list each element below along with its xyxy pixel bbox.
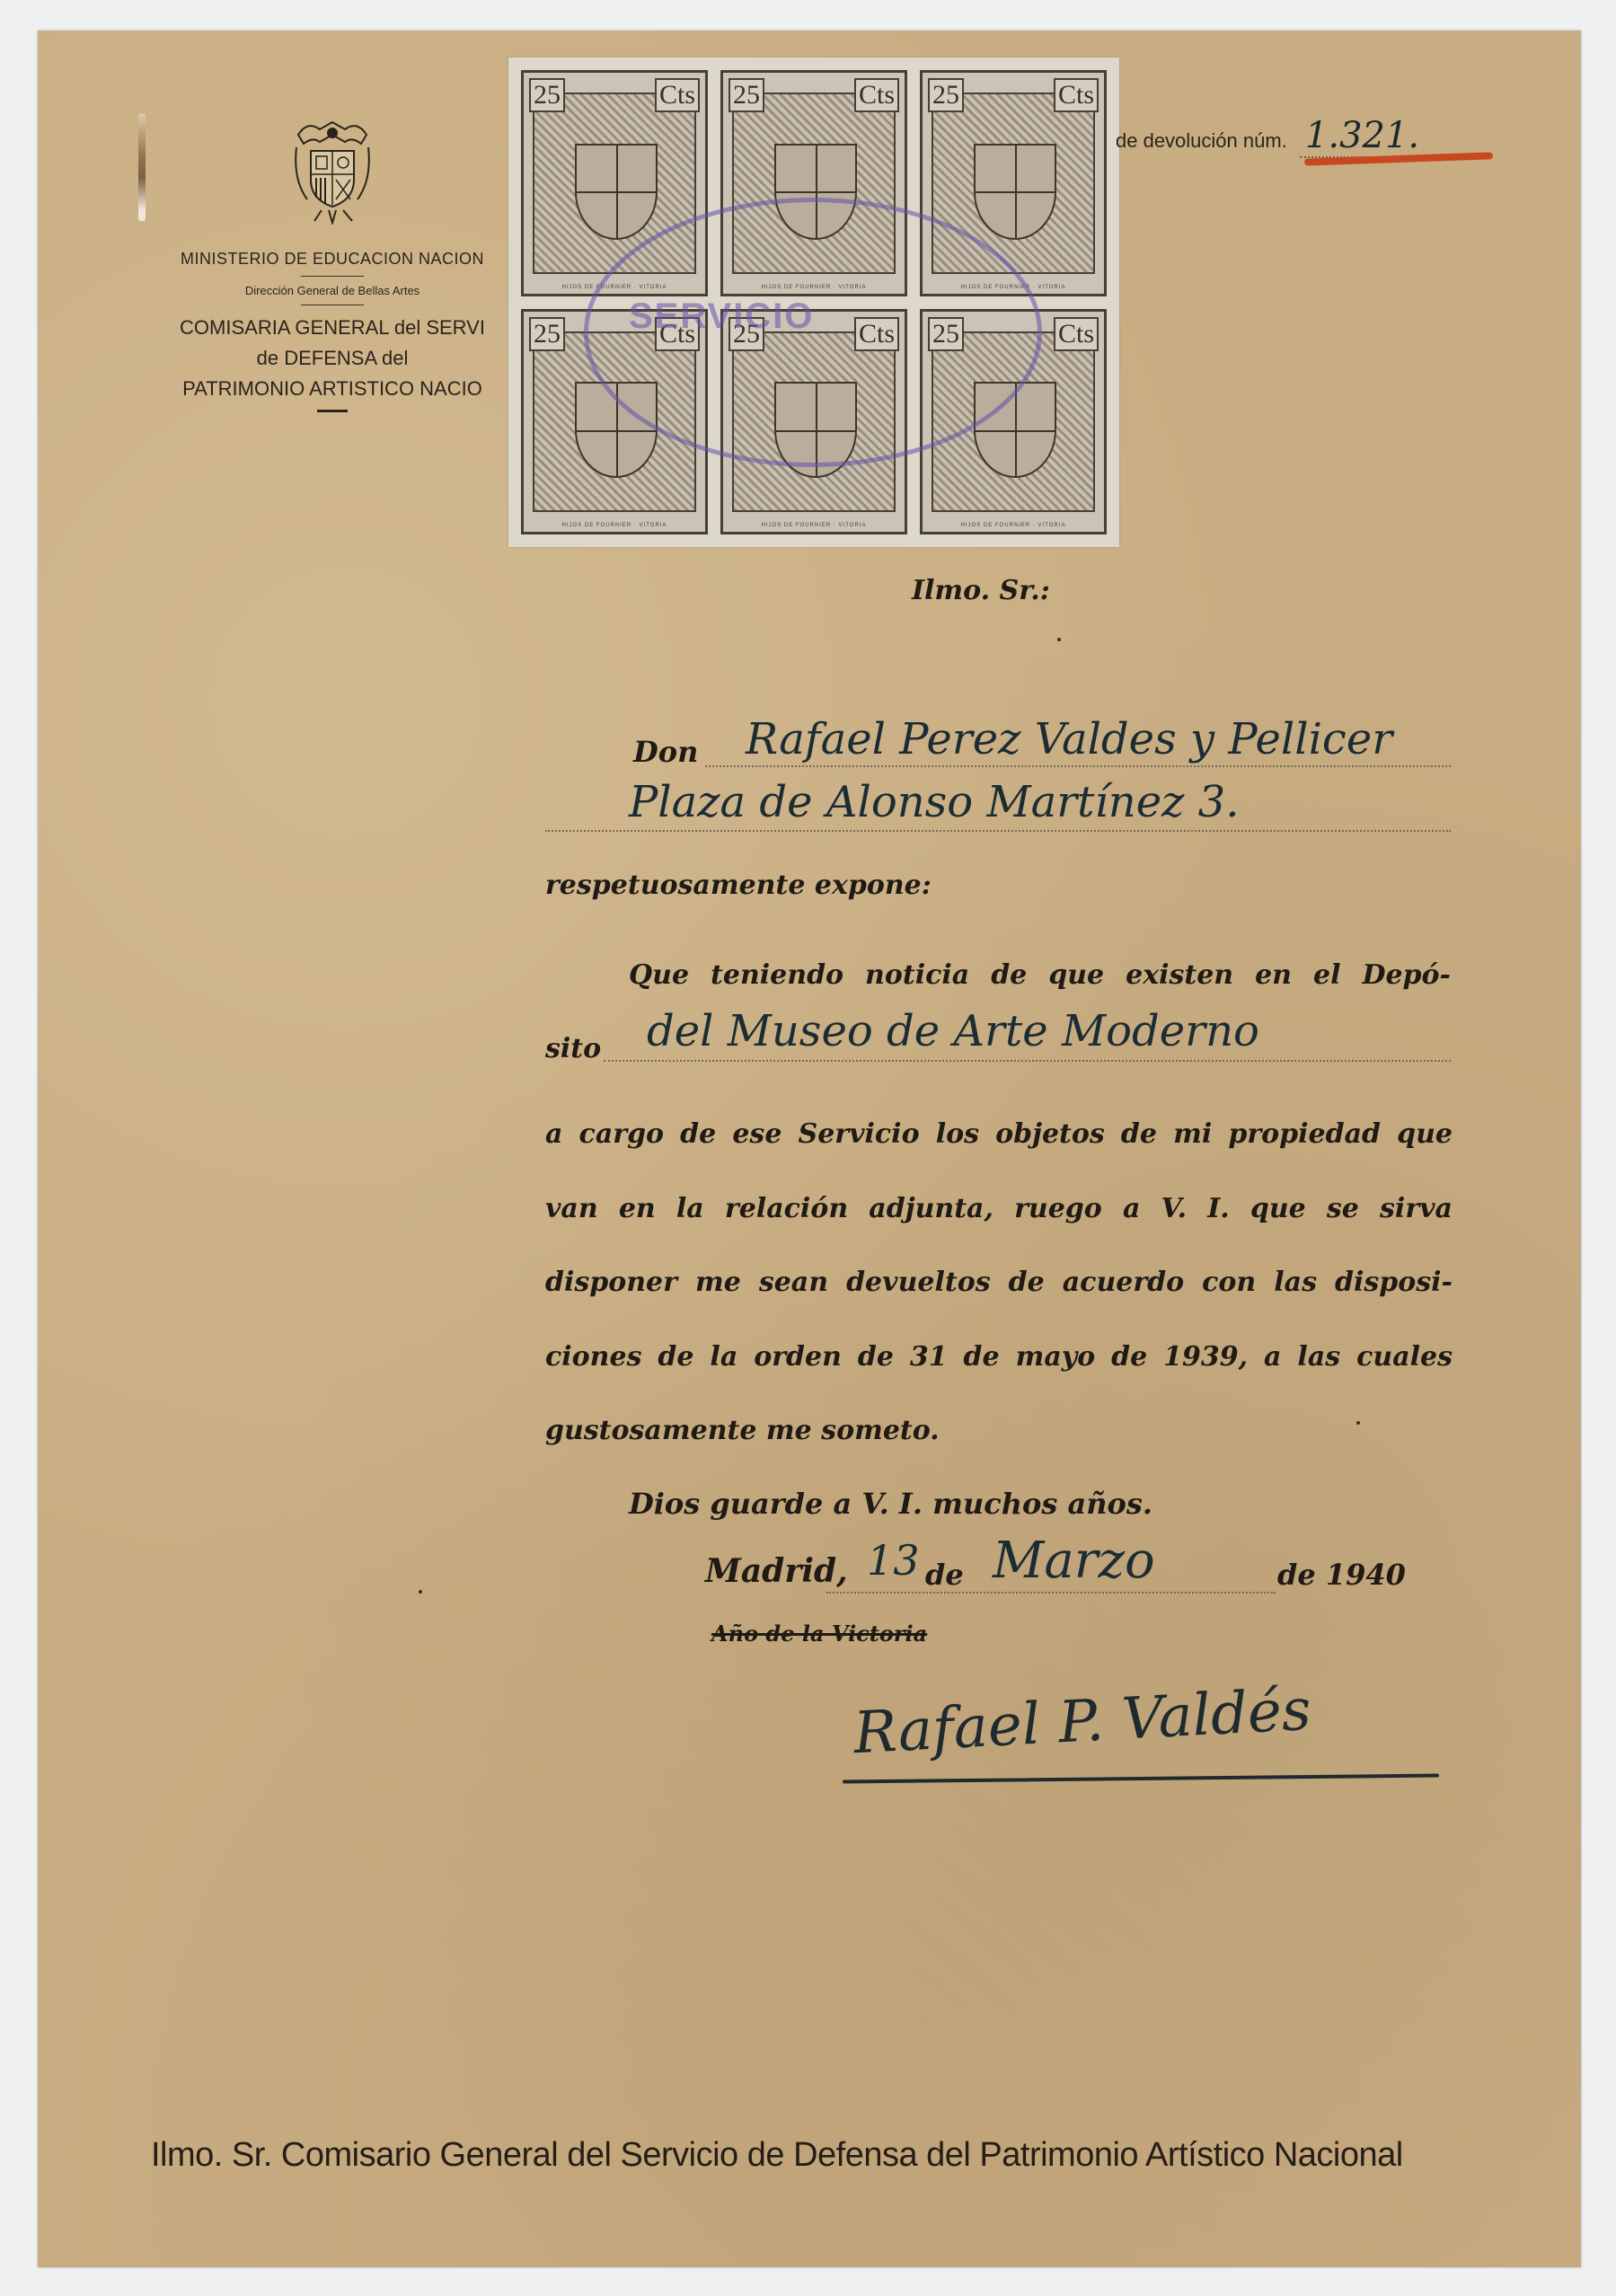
stamp-value: 25 [928,78,964,112]
letterhead: MINISTERIO DE EDUCACION NACION Dirección… [135,117,530,412]
stamp-value: 25 [928,317,964,351]
stamp-printer: HIJOS DE FOURNIER · VITORIA [524,285,705,290]
stamp-printer: HIJOS DE FOURNIER · VITORIA [524,523,705,528]
stamp-printer: HIJOS DE FOURNIER · VITORIA [923,523,1104,528]
body-line-5: disponer me sean devueltos de acuerdo co… [545,1267,1453,1298]
struck-out-text: Año de la Victoria [711,1620,927,1647]
revenue-stamp: 25 Cts HIJOS DE FOURNIER · VITORIA [720,309,907,535]
cancellation-seal-text: SERVICIO [629,296,814,337]
stamp-value: 25 [529,317,565,351]
stamp-printer: HIJOS DE FOURNIER · VITORIA [723,285,905,290]
deposit-location: del Museo de Arte Moderno [647,1006,1259,1056]
divider [301,305,364,305]
comisaria-line-2: de DEFENSA del [135,343,530,374]
date-de: de [925,1558,964,1592]
body-line-7: gustosamente me someto. [545,1415,1453,1446]
body-line-4: van en la relación adjunta, ruego a V. I… [545,1193,1453,1224]
spanish-coat-of-arms-icon [289,117,375,225]
coat-of-arms-icon [575,144,658,240]
coat-of-arms-icon [974,382,1057,478]
reference-number-field: de devolución núm. 1.321. [1116,115,1425,156]
revenue-stamp: 25 Cts HIJOS DE FOURNIER · VITORIA [920,309,1107,535]
footer-addressee: Ilmo. Sr. Comisario General del Servicio… [151,2136,1403,2175]
comisaria-line-3: PATRIMONIO ARTISTICO NACIO [135,374,530,404]
coat-of-arms-icon [974,144,1057,240]
place: Madrid, [705,1552,848,1590]
reference-number: 1.321. [1300,115,1425,158]
comisaria-line-1: COMISARIA GENERAL del SERVI [135,313,530,343]
petitioner-address: Plaza de Alonso Martínez 3. [629,777,1239,827]
ministry-name: MINISTERIO DE EDUCACION NACION [135,250,530,269]
coat-of-arms-icon [774,382,858,478]
intro-text: respetuosamente expone: [545,870,932,901]
name-field-line [705,765,1451,767]
divider [301,276,364,277]
closing-blessing: Dios guarde a V. I. muchos años. [629,1487,1152,1521]
revenue-stamp: 25 Cts HIJOS DE FOURNIER · VITORIA [521,309,708,535]
revenue-stamp: 25 Cts HIJOS DE FOURNIER · VITORIA [720,70,907,296]
stamp-printer: HIJOS DE FOURNIER · VITORIA [723,523,905,528]
body-line-1: Que teniendo noticia de que existen en e… [629,959,1451,991]
date-year: de 1940 [1277,1558,1406,1592]
stamp-unit: Cts [854,317,899,351]
sito-label: sito [545,1033,601,1064]
petitioner-name: Rafael Perez Valdes y Pellicer [746,714,1392,764]
date-month: Marzo [993,1532,1155,1590]
stamp-unit: Cts [854,78,899,112]
address-field-line [545,830,1451,832]
deposit-field-line [604,1060,1451,1062]
coat-of-arms-icon [774,144,858,240]
paper-speck [1057,638,1061,641]
divider [317,410,348,412]
paper-speck [419,1590,422,1594]
stamp-unit: Cts [655,78,700,112]
salutation: Ilmo. Sr.: [912,575,1050,606]
paper-speck [1356,1421,1360,1425]
body-line-3: a cargo de ese Servicio los objetos de m… [545,1118,1453,1150]
direccion-general: Dirección General de Bellas Artes [135,284,530,297]
stamp-value: 25 [529,78,565,112]
revenue-stamp: 25 Cts HIJOS DE FOURNIER · VITORIA [521,70,708,296]
stamp-value: 25 [729,78,764,112]
date-day: 13 [867,1536,920,1585]
revenue-stamp: 25 Cts HIJOS DE FOURNIER · VITORIA [920,70,1107,296]
stamp-printer: HIJOS DE FOURNIER · VITORIA [923,285,1104,290]
date-field-line [826,1592,1276,1594]
coat-of-arms-icon [575,382,658,478]
stamp-unit: Cts [1054,317,1099,351]
reference-label: de devolución núm. [1116,129,1287,152]
don-label: Don [633,735,698,769]
stamp-unit: Cts [1054,78,1099,112]
body-line-6: ciones de la orden de 31 de mayo de 1939… [545,1341,1453,1373]
